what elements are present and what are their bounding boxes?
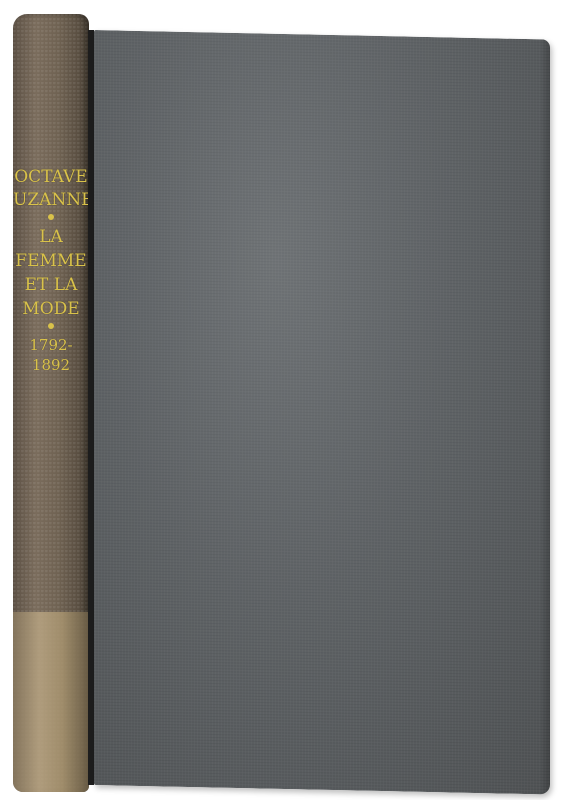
faded-spine-section [13,612,89,792]
spine-author-first: OCTAVE [13,167,89,187]
spine-ornament-dot [48,323,54,329]
front-cover [94,30,550,795]
spine-title-line-2: FEMME [13,251,89,271]
cover-edge-shadow [540,39,550,794]
spine-author-last: UZANNE [13,190,89,210]
book-spine: OCTAVE UZANNE LA FEMME ET LA MODE 1792-1… [13,14,89,792]
spine-title-line-1: LA [13,227,89,247]
spine-dates: 1792-1892 [13,335,89,375]
spine-title-line-4: MODE [13,299,89,319]
book-photo: OCTAVE UZANNE LA FEMME ET LA MODE 1792-1… [0,0,563,800]
spine-title-line-3: ET LA [13,275,89,295]
spine-ornament-dot [48,214,54,220]
